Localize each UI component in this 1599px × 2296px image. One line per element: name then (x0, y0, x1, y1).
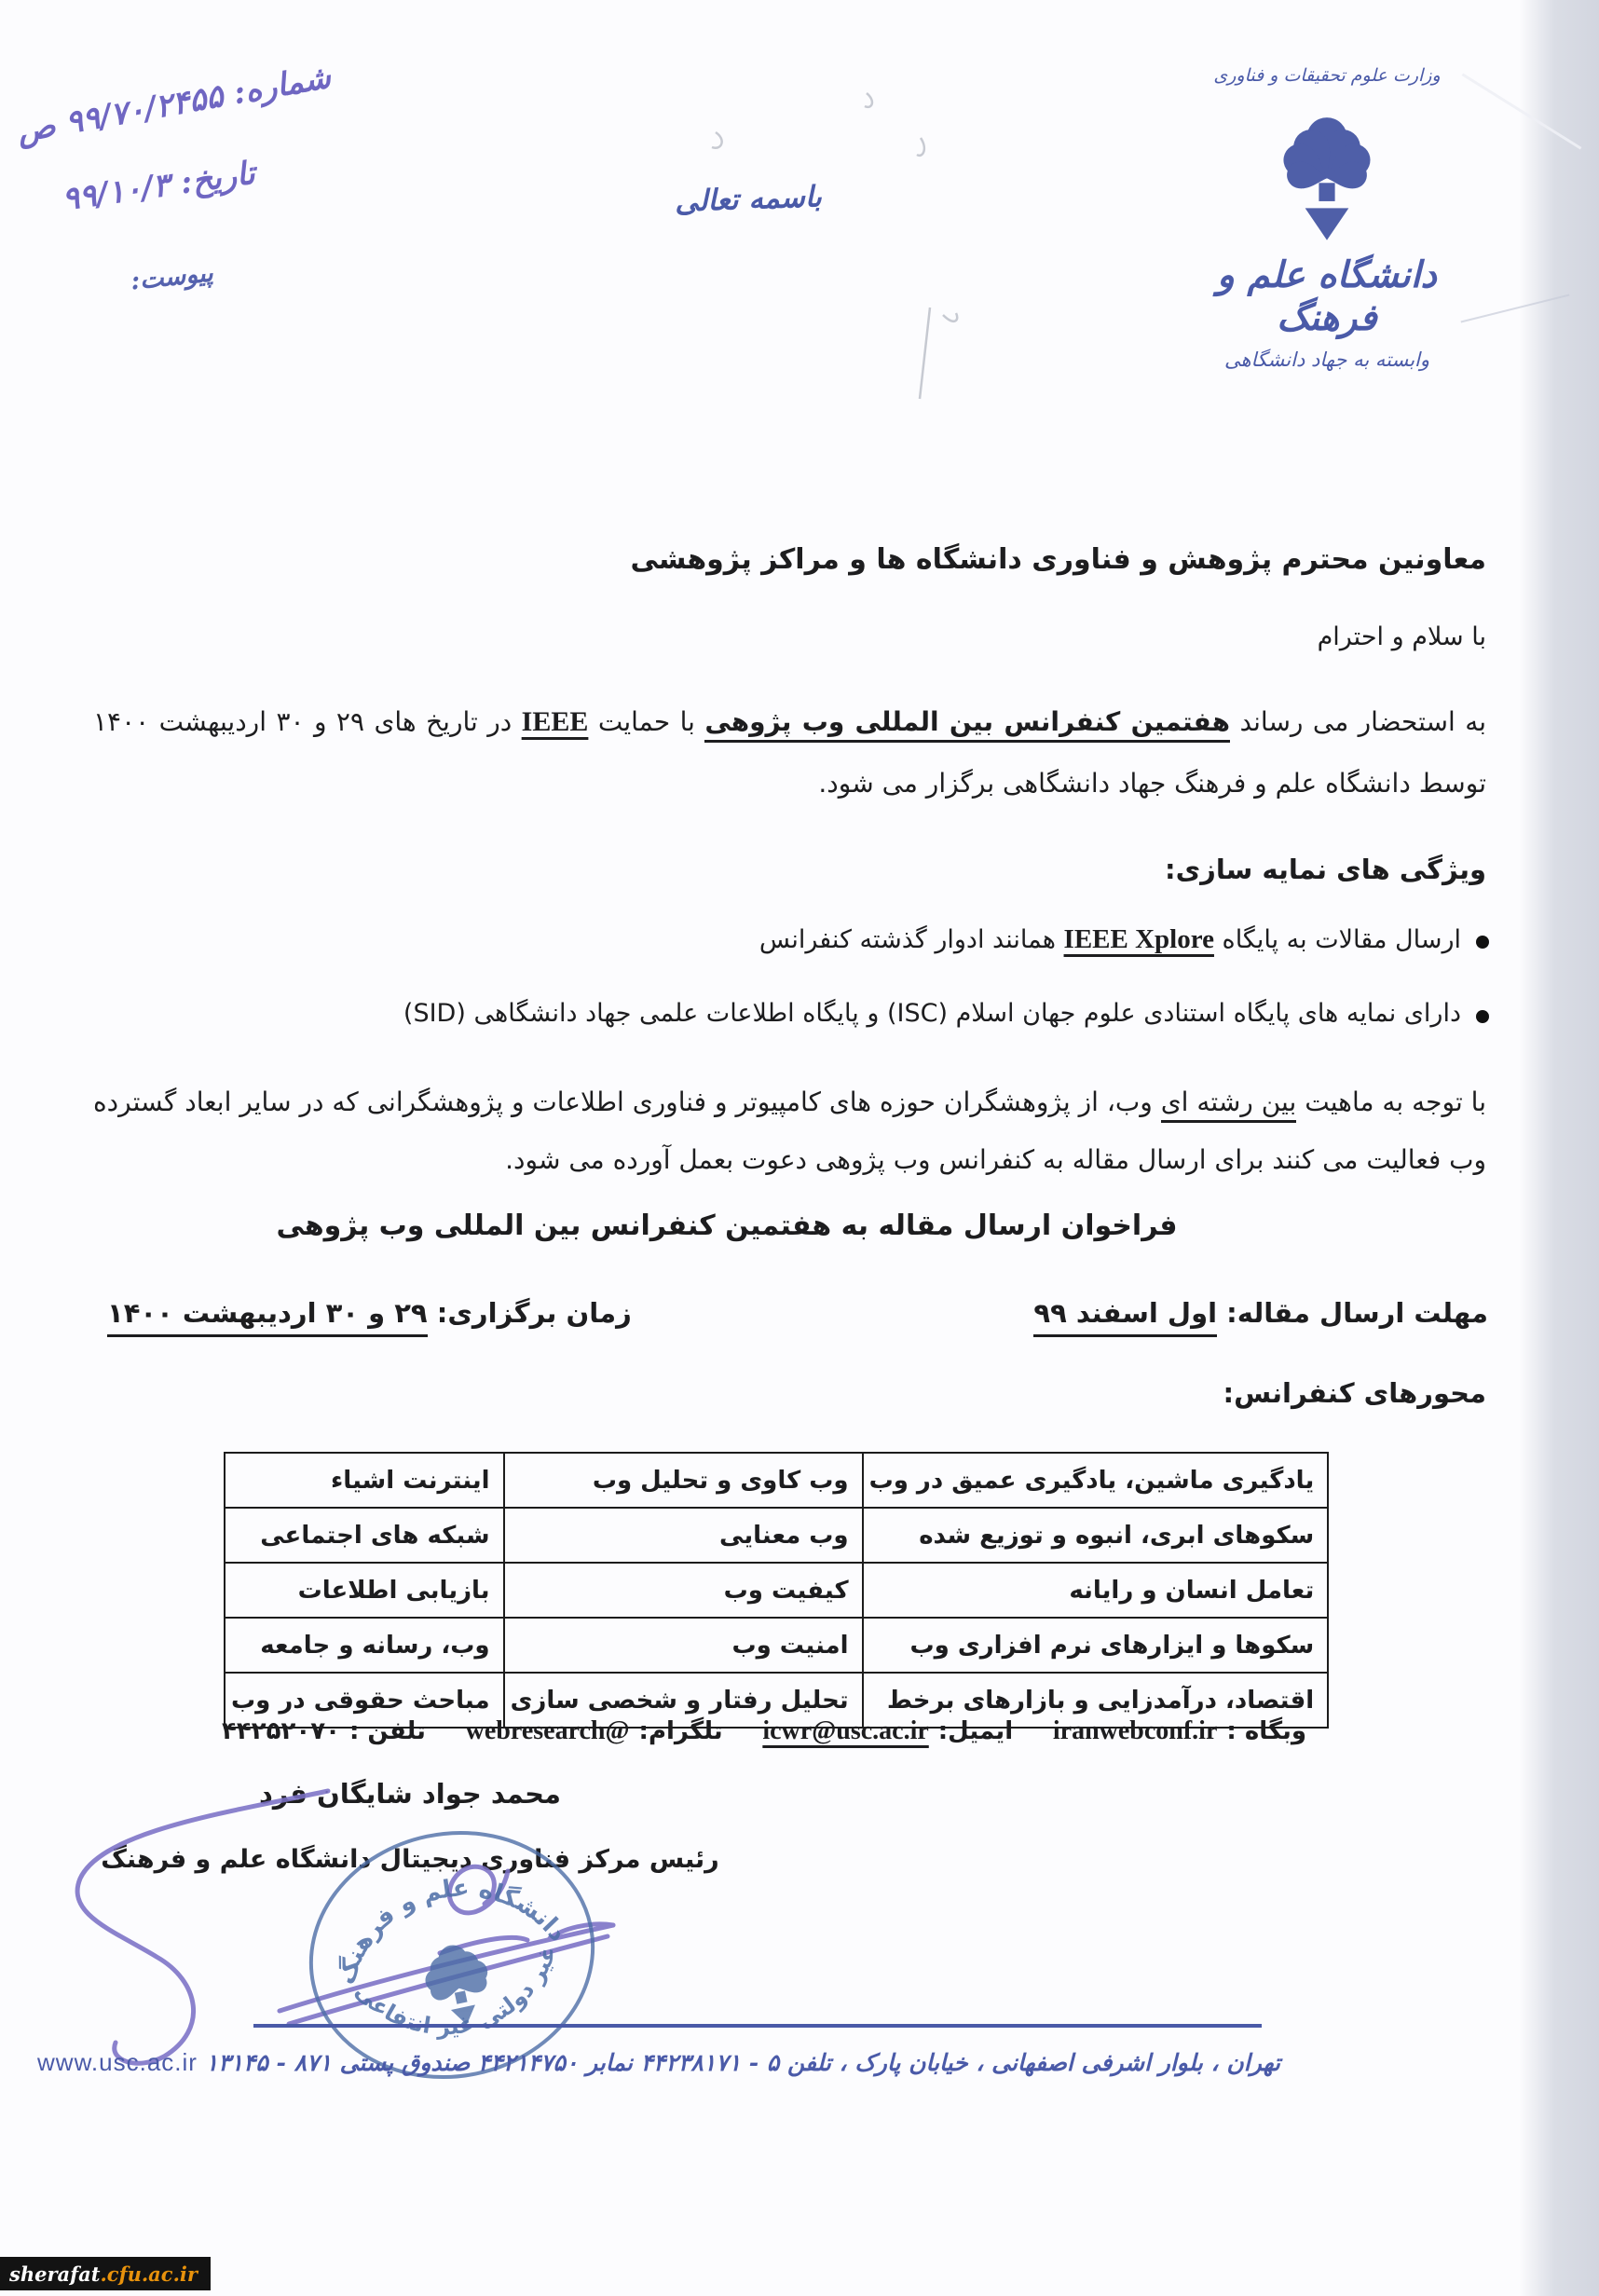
deadline-item: مهلت ارسال مقاله: اول اسفند ۹۹ (1033, 1297, 1488, 1329)
topics-heading: محورهای کنفرانس: (1223, 1377, 1486, 1409)
scan-edge-artifact (1519, 0, 1599, 2296)
topic-cell: امنیت وب (504, 1618, 863, 1673)
signer-name: محمد جواد شایگان فرد (140, 1778, 680, 1810)
stamp-bottom-text: غیر دولتی غیر انتفاعی (347, 1937, 575, 2059)
event-date-label: زمان برگزاری: (437, 1297, 632, 1329)
bullet-dot-icon (1476, 1010, 1489, 1023)
email-value: icwr@usc.ac.ir (762, 1716, 928, 1746)
p1-mid: با حمایت (588, 706, 704, 737)
corner-watermark: sherafat.cfu.ac.ir (0, 2257, 211, 2290)
handwritten-signature (77, 1791, 613, 2063)
telegram-label: تلگرام: (639, 1717, 723, 1745)
p2-lead: با توجه به ماهیت (1296, 1086, 1486, 1117)
table-row: یادگیری ماشین، یادگیری عمیق در وب وب کاو… (225, 1453, 1328, 1508)
watermark-prefix: sherafat (9, 2262, 100, 2286)
bullet-dot-icon (1476, 936, 1489, 949)
bismillah-text: باسمه تعالی (640, 179, 855, 220)
bullet1-pre: ارسال مقالات به پایگاه (1214, 925, 1461, 954)
ieee-xplore-label: IEEE Xplore (1064, 924, 1214, 954)
watermark-suffix: .cfu.ac.ir (100, 2262, 197, 2286)
footer-address-line: تهران ، بلوار اشرفی اصفهانی ، خیابان پار… (235, 2048, 1280, 2077)
website-item: وبگاه : iranwebconf.ir (1053, 1716, 1306, 1746)
ref-date-label: تاریخ: (178, 155, 257, 202)
bullet2-text: دارای نمایه های پایگاه استنادی علوم جهان… (403, 999, 1461, 1028)
website-value: iranwebconf.ir (1053, 1716, 1218, 1746)
ieee-label: IEEE (522, 706, 589, 737)
topic-cell: بازیابی اطلاعات (225, 1563, 504, 1618)
university-name: دانشگاه علم و فرهنگ (1163, 253, 1491, 339)
ink-smudge-marks (712, 93, 957, 399)
bullet-ieee-xplore: ارسال مقالات به پایگاه IEEE Xplore همانن… (759, 924, 1489, 955)
conference-name: هفتمین کنفرانس بین المللی وب پژوهی (704, 706, 1230, 743)
call-for-papers-heading: فراخوان ارسال مقاله به هفتمین کنفرانس بی… (89, 1209, 1365, 1242)
conference-topics-table: یادگیری ماشین، یادگیری عمیق در وب وب کاو… (224, 1452, 1329, 1729)
telegram-item: تلگرام: @webresearch (466, 1716, 723, 1746)
topic-cell: وب کاوی و تحلیل وب (504, 1453, 863, 1508)
university-tulip-logo-icon (1257, 91, 1397, 252)
ministry-name: وزارت علوم تحقیقات و فناوری (1163, 65, 1491, 86)
p1-lead: به استحضار می رساند (1230, 706, 1486, 737)
email-item: ایمیل: icwr@usc.ac.ir (762, 1716, 1013, 1746)
svg-text:غیر دولتی غیر انتفاعی: غیر دولتی غیر انتفاعی (347, 1937, 575, 2059)
scanned-letter-page: شماره: ۹۹/۷۰/۲۴۵۵ ص تاریخ: ۹۹/۱۰/۳ پیوست… (0, 0, 1599, 2296)
recipient-title: معاونین محترم پژوهش و فناوری دانشگاه ها … (630, 543, 1486, 576)
topic-cell: تعامل انسان و رایانه (863, 1563, 1329, 1618)
topic-cell: وب، رسانه و جامعه (225, 1618, 504, 1673)
phone-item: تلفن : ۴۴۲۵۲۰۷۰ (222, 1717, 426, 1745)
topic-cell: سکوها و ایزارهای نرم افزاری وب (863, 1618, 1329, 1673)
table-row: تعامل انسان و رایانه کیفیت وب بازیابی اط… (225, 1563, 1328, 1618)
ref-number-label: شماره: (230, 59, 334, 113)
contact-row: وبگاه : iranwebconf.ir ایمیل: icwr@usc.a… (222, 1716, 1306, 1746)
phone-label: تلفن : (349, 1717, 426, 1745)
announcement-paragraph: به استحضار می رساند هفتمین کنفرانس بین ا… (93, 691, 1486, 814)
ref-date-value: ۹۹/۱۰/۳ (60, 167, 172, 219)
footer-address: تهران ، بلوار اشرفی اصفهانی ، خیابان پار… (206, 2049, 1280, 2076)
footer-divider-line (253, 2024, 1262, 2028)
bullet-isc-sid: دارای نمایه های پایگاه استنادی علوم جهان… (403, 999, 1489, 1028)
table-row: سکوها و ایزارهای نرم افزاری وب امنیت وب … (225, 1618, 1328, 1673)
ref-date-line: تاریخ: ۹۹/۱۰/۳ (60, 155, 257, 219)
topic-cell: کیفیت وب (504, 1563, 863, 1618)
ref-number-line: شماره: ۹۹/۷۰/۲۴۵۵ ص (14, 59, 334, 151)
bullet1-post: همانند ادوار گذشته کنفرانس (759, 925, 1064, 954)
deadline-label: مهلت ارسال مقاله: (1226, 1297, 1488, 1329)
topic-cell: سکوهای ابری، انبوه و توزیع شده (863, 1508, 1329, 1563)
topic-cell: شبکه های اجتماعی (225, 1508, 504, 1563)
salutation: با سلام و احترام (1318, 622, 1486, 651)
email-label: ایمیل: (938, 1717, 1013, 1745)
website-label: وبگاه : (1226, 1717, 1306, 1745)
signer-title: رئیس مرکز فناوری دیجیتال دانشگاه علم و ف… (51, 1845, 769, 1874)
table-row: سکوهای ابری، انبوه و توزیع شده وب معنایی… (225, 1508, 1328, 1563)
letterhead-logo-block: وزارت علوم تحقیقات و فناوری دانشگاه علم … (1163, 65, 1491, 371)
ref-number-value: ۹۹/۷۰/۲۴۵۵ ص (14, 77, 225, 150)
topic-cell: اینترنت اشیاء (225, 1453, 504, 1508)
university-affiliation: وابسته به جهاد دانشگاهی (1163, 348, 1491, 371)
footer-website: www.usc.ac.ir (37, 2048, 198, 2076)
event-date-item: زمان برگزاری: ۲۹ و ۳۰ اردیبهشت ۱۴۰۰ (107, 1297, 632, 1329)
indexing-heading: ویژگی های نمایه سازی: (1165, 854, 1486, 885)
stamp-tulip-icon (415, 1938, 501, 2032)
invitation-paragraph: با توجه به ماهیت بین رشته ای وب، از پژوه… (93, 1073, 1486, 1189)
bullet1-text: ارسال مقالات به پایگاه IEEE Xplore همانن… (759, 924, 1461, 955)
deadline-value: اول اسفند ۹۹ (1033, 1297, 1217, 1337)
phone-value: ۴۴۲۵۲۰۷۰ (222, 1717, 340, 1745)
dates-row: مهلت ارسال مقاله: اول اسفند ۹۹ زمان برگز… (107, 1297, 1488, 1329)
topic-cell: یادگیری ماشین، یادگیری عمیق در وب (863, 1453, 1329, 1508)
event-date-value: ۲۹ و ۳۰ اردیبهشت ۱۴۰۰ (107, 1297, 428, 1337)
topic-cell: وب معنایی (504, 1508, 863, 1563)
interdisciplinary-underlined: بین رشته ای (1161, 1086, 1297, 1123)
ref-attachment-label: پیوست: (130, 258, 214, 295)
telegram-value: @webresearch (466, 1716, 630, 1746)
